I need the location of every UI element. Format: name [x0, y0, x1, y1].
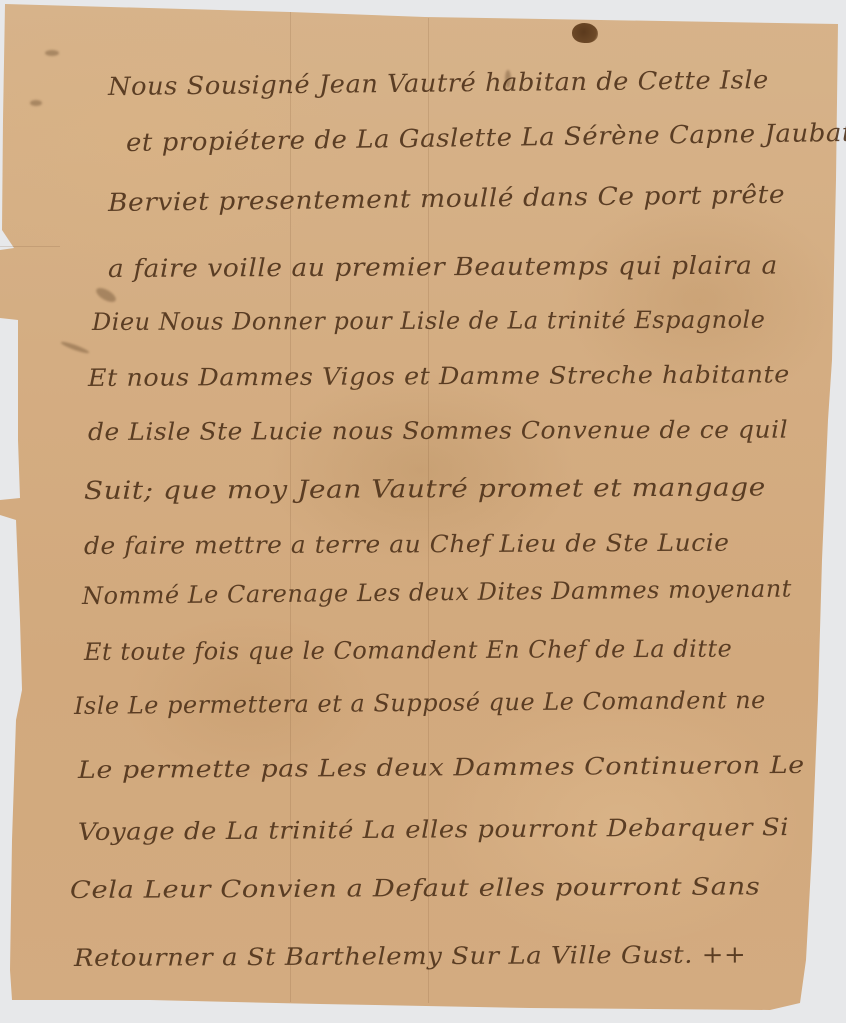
manuscript-text: Nous Sousigné Jean Vautré habitan de Cet… — [0, 0, 846, 1023]
manuscript-line: Et toute fois que le Comandent En Chef d… — [84, 635, 732, 666]
manuscript-line: Voyage de La trinité La elles pourront D… — [78, 813, 789, 846]
manuscript-line: Le permette pas Les deux Dammes Continue… — [78, 751, 805, 784]
manuscript-line: a faire voille au premier Beautemps qui … — [108, 250, 778, 283]
manuscript-line: Berviet presentement moullé dans Ce port… — [108, 180, 785, 217]
manuscript-line: de faire mettre a terre au Chef Lieu de … — [84, 529, 730, 560]
manuscript-line: Cela Leur Convien a Defaut elles pourron… — [70, 872, 761, 904]
manuscript-line: Suit; que moy Jean Vautré promet et mang… — [84, 472, 766, 505]
manuscript-line: Retourner a St Barthelemy Sur La Ville G… — [74, 940, 746, 972]
manuscript-line: Et nous Dammes Vigos et Damme Streche ha… — [88, 360, 790, 392]
manuscript-line: Nous Sousigné Jean Vautré habitan de Cet… — [108, 65, 769, 101]
manuscript-line: de Lisle Ste Lucie nous Sommes Convenue … — [88, 416, 788, 446]
manuscript-line: et propiétere de La Gaslette La Sérène C… — [126, 118, 846, 157]
document-viewer: Nous Sousigné Jean Vautré habitan de Cet… — [0, 0, 846, 1023]
manuscript-line: Dieu Nous Donner pour Lisle de La trinit… — [92, 306, 765, 336]
manuscript-line: Nommé Le Carenage Les deux Dites Dammes … — [82, 575, 792, 610]
manuscript-line: Isle Le permettera et a Supposé que Le C… — [74, 686, 766, 720]
